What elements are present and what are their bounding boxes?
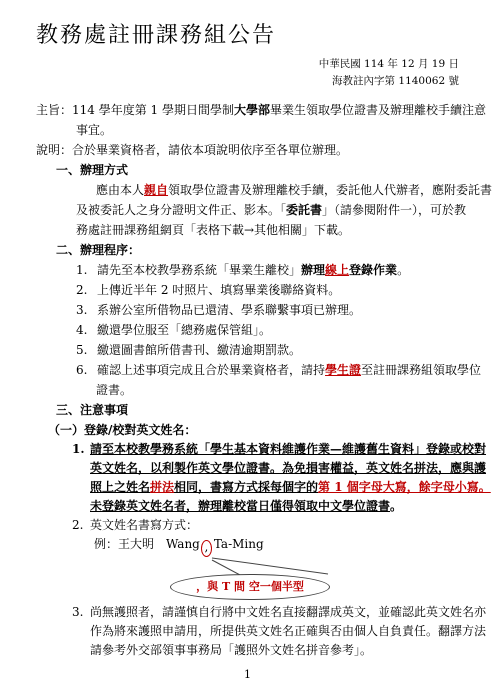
announcement-page: 教務處註冊課務組公告 中華民國 114 年 12 月 19 日 海教註內字第 1… (0, 0, 495, 700)
note-emphasis-text: 英文姓名，以利製作英文學位證書。為免損害權益，英文姓名拼法，應與護 (90, 461, 486, 475)
note-text: 尚無護照者，請謹慎自行將中文姓名直接翻譯成英文，並確認此英文姓名亦 (90, 605, 486, 619)
item-text: 請先至本校教學務系統「畢業生離校」 (97, 263, 301, 277)
callout-tail-lines (170, 557, 370, 575)
item-text: 至註冊課務組領取學位 (361, 363, 481, 377)
item-text: 繳還學位服至「總務處保管組」。 (97, 323, 271, 337)
subject-bold-undergrad: 大學部 (234, 103, 270, 117)
doc-meta: 中華民國 114 年 12 月 19 日 海教註內字第 1140062 號 (36, 56, 459, 90)
item-highlight-student-id: 學生證 (325, 363, 361, 377)
item-number: 1. (72, 440, 90, 459)
list-item-continuation: 證書。 (36, 380, 459, 400)
doc-number: 海教註內字第 1140062 號 (36, 73, 459, 90)
sec1-text: 應由本人 (96, 183, 144, 197)
item-number: 5. (76, 340, 97, 360)
section-1-heading: 一、辦理方式 (36, 160, 459, 180)
example-text: 例：王大明 Wang (94, 537, 200, 551)
note-item-3-line-2: 作為將來護照申請用，所提供英文姓名正確與否由個人自負責任。翻譯方法 (36, 622, 459, 641)
note-text: 。 (390, 499, 402, 513)
doc-date: 中華民國 114 年 12 月 19 日 (36, 56, 459, 73)
subject-text: 主旨：114 學年度第 1 學期日間學制 (36, 103, 234, 117)
item-text: 。 (397, 263, 409, 277)
comma-spacing-callout: ，與 T 間 空一個半型 (36, 557, 459, 603)
sec1-para-line-2: 及被委託人之身分證明文件正、影本。「委託書」（請參閱附件一），可於教 (36, 200, 459, 220)
sec1-para-line-3: 務處註冊課務組網頁「表格下載→其他相關」下載。 (36, 220, 459, 240)
item-highlight-online: 線上 (325, 263, 349, 277)
note-item-1-line-2: 英文姓名，以利製作英文學位證書。為免損害權益，英文姓名拼法，應與護 (36, 459, 459, 478)
item-bold: 辦理 (301, 263, 325, 277)
note-item-1-line-1: 1.請至本校教學務系統「學生基本資料維護作業—維護舊生資料」登錄或校對 (36, 440, 459, 459)
note-item-1-line-4: 未登錄英文姓名者，辦理離校當日僅得領取中文學位證書。 (36, 497, 459, 516)
sec1-text: 」（請參閱附件一），可於教 (322, 203, 466, 217)
sec1-bold-proxy-letter: 委託書 (286, 203, 322, 217)
item-text: 上傳近半年 2 吋照片、填寫畢業後聯絡資料。 (97, 283, 340, 297)
section-2-heading: 二、辦理程序： (36, 240, 459, 260)
note-highlight-spelling: 拼法 (150, 480, 174, 494)
list-item: 2.上傳近半年 2 吋照片、填寫畢業後聯絡資料。 (36, 280, 459, 300)
list-item: 6.確認上述事項完成且合於畢業資格者，請持學生證至註冊課務組領取學位 (36, 360, 459, 380)
list-item: 5.繳還圖書館所借書刊、繳清逾期罰款。 (36, 340, 459, 360)
section-3-sub-heading: （一）登錄/校對英文姓名： (36, 420, 459, 440)
sec1-para-line-1: 應由本人親自領取學位證書及辦理離校手續，委託他人代辦者，應附委託書 (36, 180, 459, 200)
example-text: Ta-Ming (214, 537, 264, 551)
item-number: 6. (76, 360, 97, 380)
sec1-highlight-in-person: 親自 (144, 183, 168, 197)
subject-text-cont: 畢業生領取學位證書及辦理離校手續注意 (270, 103, 486, 117)
note-item-3-line-3: 請參考外交部領事事務局「護照外文姓名拼音參考」。 (36, 641, 459, 660)
callout-bubble: ，與 T 間 空一個半型 (170, 574, 330, 600)
note-emphasis-text: 請至本校教學務系統「學生基本資料維護作業—維護舊生資料」登錄或校對 (90, 442, 486, 456)
note-item-1-line-3: 照上之姓名拼法相同，書寫方式採每個字的第 1 個字母大寫，餘字母小寫。 (36, 478, 459, 497)
item-number: 3. (76, 300, 97, 320)
item-number: 2. (76, 280, 97, 300)
english-name-example: 例：王大明 Wang,Ta-Ming (36, 535, 459, 557)
section-3-heading: 三、注意事項 (36, 400, 459, 420)
item-bold: 登錄作業 (349, 263, 397, 277)
list-item: 1.請先至本校教學務系統「畢業生離校」辦理線上登錄作業。 (36, 260, 459, 280)
page-title: 教務處註冊課務組公告 (36, 20, 459, 52)
item-number: 2. (72, 516, 90, 535)
item-text: 繳還圖書館所借書刊、繳清逾期罰款。 (97, 343, 301, 357)
subject-line-2: 事宜。 (36, 120, 459, 140)
item-text: 系辦公室所借物品已還清、學系聯繫事項已辦理。 (97, 303, 361, 317)
note-highlight-capitalization: 第 1 個字母大寫，餘字母小寫。 (318, 480, 491, 494)
item-number: 4. (76, 320, 97, 340)
note-emphasis-text: 未登錄英文姓名者，辦理離校當日僅得領取中文學位證書 (90, 499, 390, 513)
note-emphasis-text: 相同，書寫方式採每個字的 (174, 480, 318, 494)
callout-text: ，與 T 間 空一個半型 (196, 580, 304, 593)
subject-line-1: 主旨：114 學年度第 1 學期日間學制大學部畢業生領取學位證書及辦理離校手續注… (36, 100, 459, 120)
list-item: 3.系辦公室所借物品已還清、學系聯繫事項已辦理。 (36, 300, 459, 320)
item-number: 1. (76, 260, 97, 280)
sec1-text: 及被委託人之身分證明文件正、影本。「 (76, 203, 286, 217)
note-item-2-heading: 2.英文姓名書寫方式： (36, 516, 459, 535)
list-item: 4.繳還學位服至「總務處保管組」。 (36, 320, 459, 340)
sec1-text-cont: 領取學位證書及辦理離校手續，委託他人代辦者，應附委託書 (168, 183, 492, 197)
item-number: 3. (72, 603, 90, 622)
explanation-line: 說明：合於畢業資格者，請依本項說明依序至各單位辦理。 (36, 140, 459, 160)
example-comma: , (204, 540, 208, 554)
page-number: 1 (36, 668, 459, 681)
note-item-3-line-1: 3.尚無護照者，請謹慎自行將中文姓名直接翻譯成英文，並確認此英文姓名亦 (36, 603, 459, 622)
note-text: 英文姓名書寫方式： (90, 518, 198, 532)
comma-highlight-circle: , (201, 540, 212, 557)
item-text: 確認上述事項完成且合於畢業資格者，請持 (97, 363, 325, 377)
note-emphasis-text: 照上之姓名 (90, 480, 150, 494)
